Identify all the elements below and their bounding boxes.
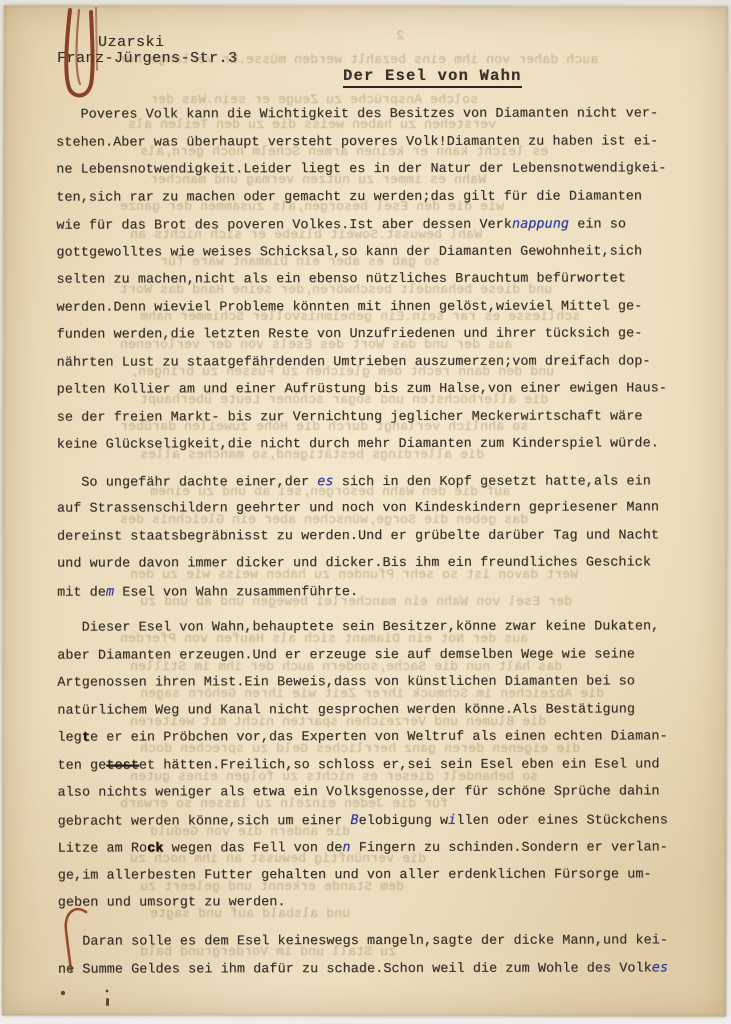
typed-text: werden.Denn wieviel Probleme könnten mit… xyxy=(56,299,642,315)
author-address: Franz-Jürgens-Str.3 xyxy=(57,50,238,67)
page-title: Der Esel von Wahn xyxy=(343,67,522,88)
typed-text: ge,im allerbesten Futter gehalten und vo… xyxy=(58,867,652,883)
typed-text: also nichts weniger als etwa ein Volksge… xyxy=(58,784,660,800)
typed-text: ne Lebensnotwendigkeit.Leider liegt es i… xyxy=(56,161,666,177)
typed-text: auf Strassenschildern geehrter und noch … xyxy=(57,500,659,516)
typed-line: ne Lebensnotwendigkeit.Leider liegt es i… xyxy=(56,155,688,184)
typed-line: Poveres Volk kann die Wichtigkeit des Be… xyxy=(56,100,688,129)
overtyped-text: t xyxy=(82,731,90,746)
typed-text: funden werden,die letzten Reste von Unzu… xyxy=(57,326,643,342)
scanned-document: 2auch daher von ihm eins bezahlt werden … xyxy=(0,0,731,1024)
typed-line: gebracht werden könne,sich um einer Belo… xyxy=(58,806,690,835)
typed-line: und wurde davon immer dicker und dicker.… xyxy=(57,549,689,578)
typed-text: und wurde davon immer dicker und dicker.… xyxy=(57,555,651,571)
typed-line: ten,sich rar zu machen oder gemacht zu w… xyxy=(56,183,688,212)
typed-line: geben und umsorgt zu werden. xyxy=(58,888,690,917)
typed-text: dereinst staatsbegräbnisst zu werden.Und… xyxy=(57,528,659,544)
typed-line: selten zu machen,nicht als ein ebenso nü… xyxy=(56,265,688,294)
typed-text: natürlichem Weg und Kanal nicht gesproch… xyxy=(57,702,635,718)
typed-text: se der freien Markt- bis zur Vernichtung… xyxy=(57,409,643,425)
typed-line: natürlichem Weg und Kanal nicht gesproch… xyxy=(57,696,689,725)
typed-text: wie für das Brot des poveren Volkes.Ist … xyxy=(56,218,512,234)
handwritten-correction: n xyxy=(342,840,350,855)
typed-line: pelten Kollier am und einer Aufrüstung b… xyxy=(57,375,689,404)
typed-text: llen oder eines Stückchens xyxy=(456,813,668,828)
paragraph: So ungefähr dachte einer,der es sich in … xyxy=(57,467,689,606)
typed-text: Fingern zu schinden.Sondern er verlan- xyxy=(351,840,668,856)
typed-text: e er ein Pröbchen vor,das Experten von W… xyxy=(90,729,668,745)
struck-text: test xyxy=(106,758,139,773)
author-name: Uzarski xyxy=(98,34,165,51)
typed-line: Daran solle es dem Esel keineswegs mange… xyxy=(58,927,690,956)
typed-text: wegen das Fell von de xyxy=(163,841,342,856)
handwritten-correction: es xyxy=(652,960,668,975)
typed-line: stehen.Aber was überhaupt versteht pover… xyxy=(56,128,688,157)
typed-text: Litze am Ro xyxy=(58,841,148,856)
typed-line: ne Summe Geldes sei ihm dafür zu schade.… xyxy=(58,954,690,983)
typed-text: nährten Lust zu staatgefährdenden Umtrie… xyxy=(57,354,651,370)
typed-line: se der freien Markt- bis zur Vernichtung… xyxy=(57,403,689,432)
typed-line: mit dem Esel von Wahn zusammenführte. xyxy=(57,577,689,606)
paragraph: Dieser Esel von Wahn,behauptete sein Bes… xyxy=(57,613,690,917)
typed-line: auf Strassenschildern geehrter und noch … xyxy=(57,494,689,523)
typed-line: aber Diamanten erzeugen.Und er erzeuge s… xyxy=(57,641,689,670)
typed-line: Artgenossen ihren Mist.Ein Beweis,dass v… xyxy=(57,668,689,697)
typed-text: Esel von Wahn zusammenführte. xyxy=(114,585,358,601)
typed-text: leg xyxy=(57,731,81,746)
typed-text: keine Glückseligkeit,die nicht durch meh… xyxy=(57,436,659,452)
typed-text: ten ge xyxy=(57,758,106,773)
typed-text: Daran solle es dem Esel keineswegs mange… xyxy=(58,933,668,949)
typed-text: selten zu machen,nicht als ein ebenso nü… xyxy=(56,271,626,287)
typed-text: ne Summe Geldes sei ihm dafür zu schade.… xyxy=(58,961,652,977)
typed-line: So ungefähr dachte einer,der es sich in … xyxy=(57,467,689,496)
typed-text: So ungefähr dachte einer,der xyxy=(57,475,317,491)
typed-text: Dieser Esel von Wahn,behauptete sein Bes… xyxy=(57,619,659,635)
typed-line: Litze am Rock wegen das Fell von den Fin… xyxy=(58,833,690,862)
typed-text: geben und umsorgt zu werden. xyxy=(58,895,286,910)
typed-line: nährten Lust zu staatgefährdenden Umtrie… xyxy=(57,348,689,377)
typed-line: ten getestet hätten.Freilich,so schloss … xyxy=(57,751,689,780)
typed-text: gottgewolltes wie weises Schicksal,so ka… xyxy=(56,244,642,260)
typed-text: ten,sich rar zu machen oder gemacht zu w… xyxy=(56,189,642,205)
typed-line: wie für das Brot des poveren Volkes.Ist … xyxy=(56,210,688,239)
typed-text: gebracht werden könne,sich um einer xyxy=(58,814,351,830)
typed-line: ge,im allerbesten Futter gehalten und vo… xyxy=(58,861,690,890)
overtyped-text: ck xyxy=(147,841,163,856)
typed-text-body: Poveres Volk kann die Wichtigkeit des Be… xyxy=(56,100,690,983)
paragraph: Poveres Volk kann die Wichtigkeit des Be… xyxy=(56,100,689,459)
typed-text: Poveres Volk kann die Wichtigkeit des Be… xyxy=(56,106,658,122)
typed-line: werden.Denn wieviel Probleme könnten mit… xyxy=(56,293,688,322)
paragraph: Daran solle es dem Esel keineswegs mange… xyxy=(58,927,690,983)
handwritten-correction: nappung xyxy=(512,217,569,232)
typed-text: aber Diamanten erzeugen.Und er erzeuge s… xyxy=(57,647,635,663)
typed-text: mit de xyxy=(57,585,106,600)
typed-text: et hätten.Freilich,so schloss er,sei sei… xyxy=(139,757,660,773)
typed-line: funden werden,die letzten Reste von Unzu… xyxy=(57,320,689,349)
typed-line: Dieser Esel von Wahn,behauptete sein Bes… xyxy=(57,613,689,642)
typed-line: legte er ein Pröbchen vor,das Experten v… xyxy=(57,723,689,752)
typed-text: stehen.Aber was überhaupt versteht pover… xyxy=(56,134,658,150)
handwritten-correction: m xyxy=(106,584,114,599)
handwritten-correction: i xyxy=(448,812,456,827)
typed-line: also nichts weniger als etwa ein Volksge… xyxy=(57,778,689,807)
typed-text: Artgenossen ihren Mist.Ein Beweis,dass v… xyxy=(57,674,635,690)
handwritten-correction: es xyxy=(317,474,333,489)
typed-text: sich in den Kopf gesetzt hatte,als ein xyxy=(334,474,651,490)
typed-text: pelten Kollier am und einer Aufrüstung b… xyxy=(57,381,667,397)
typed-line: keine Glückseligkeit,die nicht durch meh… xyxy=(57,430,689,459)
handwritten-correction: B xyxy=(350,813,358,828)
typed-text: elobigung w xyxy=(359,813,449,828)
typed-line: gottgewolltes wie weises Schicksal,so ka… xyxy=(56,238,688,267)
typed-line: dereinst staatsbegräbnisst zu werden.Und… xyxy=(57,522,689,551)
typed-text: ein so xyxy=(569,217,626,232)
